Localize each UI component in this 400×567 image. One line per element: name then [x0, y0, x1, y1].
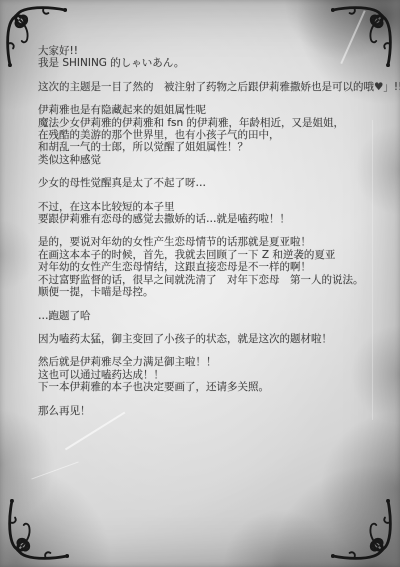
text-line: 少女的母性觉醒真是太了不起了呀… [38, 177, 383, 189]
text-line: 在画这本本子的时候，首先，我就去回顾了一下 Z 和逆袭的夏亚 [38, 249, 383, 261]
afterword-text: 大家好!! 我是 SHINING 的しゃいあん。 这次的主题是一目了然的 被注射… [38, 45, 383, 428]
paragraph-theme-reveal: 因为嗑药太猛，御主变回了小孩子的状态，就是这次的题材啦！ [38, 333, 383, 345]
paragraph-theme: 这次的主题是一目了然的 被注射了药物之后跟伊莉雅撒娇也是可以的哦♥」!! [38, 81, 383, 93]
afterword-page: 大家好!! 我是 SHINING 的しゃいあん。 这次的主题是一目了然的 被注射… [0, 0, 400, 567]
corner-flourish-icon [331, 499, 393, 561]
text-line: 这也可以通过嗑药达成！！ [38, 369, 383, 381]
text-line: 因为嗑药太猛，御主变回了小孩子的状态，就是这次的题材啦！ [38, 333, 383, 345]
text-line: 下一本伊莉雅的本子也决定要画了，还请多关照。 [38, 381, 383, 393]
paragraph-mother-instinct: 少女的母性觉醒真是太了不起了呀… [38, 177, 383, 189]
paragraph-short-book: 不过，在这本比较短的本子里 要跟伊莉雅有恋母的感觉去撒娇的话…就是嗑药啦！！ [38, 201, 383, 226]
text-line: 对年幼的女性产生恋母情结，这跟直接恋母是不一样的啊！ [38, 261, 383, 273]
text-line: 类似这种感觉 [38, 154, 383, 166]
text-line: 大家好!! [38, 45, 383, 57]
paragraph-char-digression: 是的，要说对年幼的女性产生恋母情节的话那就是夏亚啦！ 在画这本本子的时候，首先，… [38, 236, 383, 298]
text-line: 要跟伊莉雅有恋母的感觉去撒娇的话…就是嗑药啦！！ [38, 213, 383, 225]
text-line: 不过富野监督的话，很早之间就洗清了 对年下恋母 第一人的说法。 [38, 274, 383, 286]
text-line: 魔法少女伊莉雅的伊莉雅和 fsn 的伊莉雅，年龄相近，又是姐姐， [38, 117, 383, 129]
text-line: 是的，要说对年幼的女性产生恋母情节的话那就是夏亚啦！ [38, 236, 383, 248]
paragraph-next-book: 然后就是伊莉雅尽全力满足御主啦！！ 这也可以通过嗑药达成！！ 下一本伊莉雅的本子… [38, 356, 383, 393]
text-line: 伊莉雅也是有隐藏起来的姐姐属性呢 [38, 104, 383, 116]
text-line: 和胡乱一气的士郎，所以觉醒了姐姐属性！？ [38, 141, 383, 153]
paper-scratch [31, 461, 78, 479]
text-line: 这次的主题是一目了然的 被注射了药物之后跟伊莉雅撒娇也是可以的哦♥」!! [38, 81, 383, 93]
text-line: 那么再见！ [38, 405, 383, 417]
text-line: 然后就是伊莉雅尽全力满足御主啦！！ [38, 356, 383, 368]
paragraph-farewell: 那么再见！ [38, 405, 383, 417]
paragraph-digression-note: …跑题了哈 [38, 310, 383, 322]
corner-flourish-icon [7, 499, 69, 561]
paragraph-greeting: 大家好!! 我是 SHINING 的しゃいあん。 [38, 45, 383, 70]
text-line: 顺便一提，卡喵是母控。 [38, 286, 383, 298]
paragraph-sister-attribute: 伊莉雅也是有隐藏起来的姐姐属性呢 魔法少女伊莉雅的伊莉雅和 fsn 的伊莉雅，年… [38, 104, 383, 166]
text-line: …跑题了哈 [38, 310, 383, 322]
text-line: 不过，在这本比较短的本子里 [38, 201, 383, 213]
text-line: 在残酷的美游的那个世界里，也有小孩子气的田中， [38, 129, 383, 141]
text-line: 我是 SHINING 的しゃいあん。 [38, 57, 383, 69]
